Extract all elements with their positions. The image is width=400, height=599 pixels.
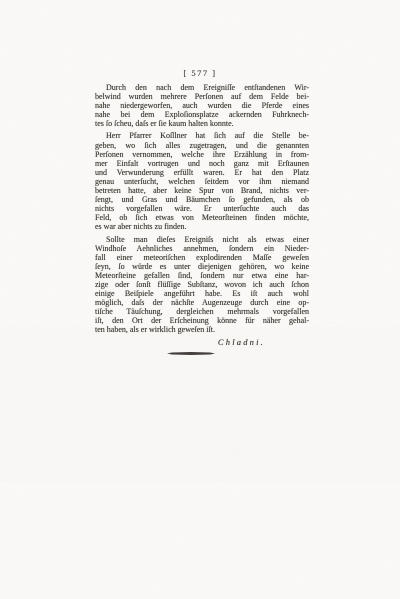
text-line: nahe bei dem Exploſionsplatze ackernden … <box>95 110 309 119</box>
text-line: tiſche Täuſchung, dergleichen mehrmals v… <box>95 307 309 316</box>
text-line: Durch den nach dem Ereigniſſe entſtanden… <box>95 83 309 92</box>
text-line: genau unterſucht, welchen ſeitdem vor ih… <box>95 177 309 186</box>
text-line: Windhoſe Aehnliches annehmen, ſondern ei… <box>95 244 309 253</box>
paragraph-2: Herr Pfarrer Koſllner hat ſich auf die S… <box>95 131 309 231</box>
document-page: [ 577 ] Durch den nach dem Ereigniſſe en… <box>0 0 400 599</box>
text-line: belwind wurden mehrere Perſonen auf dem … <box>95 92 309 101</box>
text-line: Perſonen vernommen, welche ihre Erzählun… <box>95 150 309 159</box>
text-line: es war aber nichts zu finden. <box>95 222 309 231</box>
text-line: tes ſo ſcheu, daſs er ſie kaum halten ko… <box>95 119 309 128</box>
text-line: Feld, ob ſich etwas von Meteorſteinen fi… <box>95 213 309 222</box>
text-block: Durch den nach dem Ereigniſſe entſtanden… <box>95 83 309 347</box>
text-line: geben, wo ſich alles zugetragen, und die… <box>95 141 309 150</box>
text-line: und Verwunderung erfüllt waren. Er hat d… <box>95 168 309 177</box>
text-line: Meteorſteine gefallen ſind, ſondern nur … <box>95 271 309 280</box>
text-line: zige oder ſonſt flüſſige Subſtanz, wovon… <box>95 280 309 289</box>
author-signature: Chladni. <box>95 338 309 347</box>
paragraph-3: Sollte man dieſes Ereigniſs nicht als et… <box>95 235 309 335</box>
page-number: [ 577 ] <box>0 68 400 78</box>
text-line: ſeyn, ſo würde es unter diejenigen gehör… <box>95 262 309 271</box>
section-divider <box>167 352 215 355</box>
text-line: möglich, daſs der nächſte Augenzeuge dur… <box>95 298 309 307</box>
text-line: betreten hatte, aber keine Spur von Bran… <box>95 186 309 195</box>
text-line: Herr Pfarrer Koſllner hat ſich auf die S… <box>95 131 309 140</box>
text-line: ſengt, und Gras und Bäumchen ſo gefunden… <box>95 195 309 204</box>
text-line: fall einer meteoriſchen explodirenden Ma… <box>95 253 309 262</box>
text-line: nahe niedergeworfen, auch wurden die Pfe… <box>95 101 309 110</box>
text-line: iſt, den Ort der Erſcheinung könne für n… <box>95 316 309 325</box>
text-line: einige Beiſpiele angeführt habe. Es iſt … <box>95 289 309 298</box>
text-line: ten haben, als er wirklich geweſen iſt. <box>95 325 309 334</box>
paragraph-1: Durch den nach dem Ereigniſſe entſtanden… <box>95 83 309 128</box>
text-line: mer Einfalt vortrugen und noch ganz mit … <box>95 159 309 168</box>
text-line: Sollte man dieſes Ereigniſs nicht als et… <box>95 235 309 244</box>
text-line: nichts vorgefallen wäre. Er unterſuchte … <box>95 204 309 213</box>
